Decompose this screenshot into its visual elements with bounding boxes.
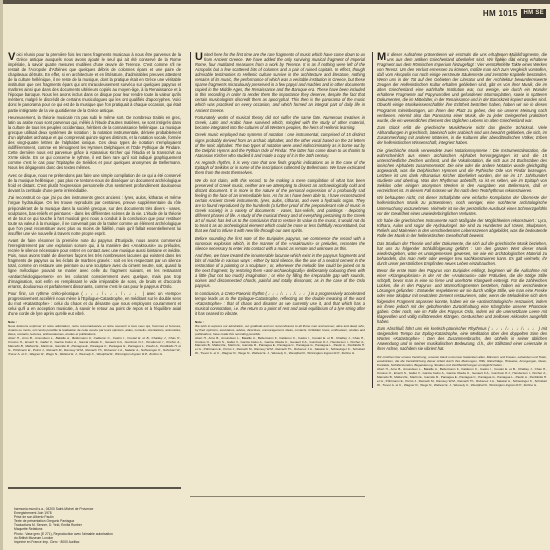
french-paragraph: Heureusement, la théorie musicale n'a pa…: [8, 115, 181, 171]
french-paragraph: Avant de faire résonner la première note…: [8, 238, 181, 288]
dropcap: U: [195, 53, 203, 62]
german-paragraph: Wir behaupten nicht, mit dieser Schallpl…: [377, 195, 547, 215]
top-edge: [0, 0, 550, 4]
acknowledgements: Abert H., Arno B., Amundsen L., Bataille…: [8, 337, 181, 357]
german-paragraph: Bevor die erste Note des Papyrus von Eur…: [377, 268, 547, 324]
english-paragraph: As regards rhythm, it is very rare that …: [195, 160, 365, 175]
acknowledgements: Abert H., Arno B., Amundsen L., Bataille…: [195, 337, 365, 357]
french-paragraph: Voici réunis pour la première fois les r…: [8, 52, 181, 113]
french-paragraph: Avec ce disque, nous ne prétendons pas f…: [8, 173, 181, 193]
german-note: Wir möchten hier unsere Verehrung, unser…: [377, 356, 547, 387]
french-paragraph: Pour finir, un rythme créto-péonique ( ♩…: [8, 291, 181, 316]
german-paragraph: Zum Abschluß führt uns ein kretisch-päon…: [377, 326, 547, 351]
german-paragraph: Die griechische Musik verwendete zwei No…: [377, 148, 547, 193]
french-column: Voici réunis pour la première fois les r…: [8, 52, 181, 356]
english-paragraph: We do not claim, with this record, to be…: [195, 178, 365, 234]
catalog-header: HM 1015 HM SE: [483, 9, 546, 18]
column-divider: [190, 496, 365, 497]
catalog-number: HM 1015: [483, 9, 518, 18]
german-paragraph: Ich habe die griechischen Instrumente na…: [377, 218, 547, 238]
french-note: Note : Nous désirons exprimer ici notre …: [8, 321, 181, 356]
english-paragraph: Before sounding the first note of the Eu…: [195, 236, 365, 251]
english-paragraph: United here for the first time are the r…: [195, 52, 365, 113]
dropcap: M: [377, 53, 386, 62]
english-note: Note : We wish to express our admiration…: [195, 321, 365, 356]
english-column: United here for the first time are the r…: [190, 52, 365, 356]
english-paragraph: Greek music employed two systems of nota…: [195, 132, 365, 157]
german-paragraph: Das Studium der Theorie und aller Dokume…: [377, 241, 547, 266]
acknowledgements: Abert H., Arno B., Amundsen L., Bataille…: [377, 368, 547, 388]
dropcap: V: [8, 53, 15, 62]
german-paragraph: Zum Glück erlitt die griechische Musikth…: [377, 125, 547, 145]
french-paragraph: J'ai reconstruit ce que j'ai pu des inst…: [8, 195, 181, 235]
english-paragraph: And then, we have treated the innumerabl…: [195, 253, 365, 288]
credits-block: harmonia mundi s.a., 04200 Saint-Michel …: [14, 507, 113, 544]
english-paragraph: Fortunately works of musical theory did …: [195, 115, 365, 130]
english-paragraph: In conclusion, a Creto-Paeonic rhythm ( …: [195, 291, 365, 316]
note-text: We wish to express our admiration, our g…: [195, 325, 365, 337]
credit-line: Imprimé en France Imp. Clerc · 8000 Auri…: [14, 540, 113, 544]
german-column: Mit dieser Aufnahme präsentieren wir ers…: [372, 52, 547, 388]
label-logo: HM SE: [521, 9, 546, 18]
german-paragraph: Mit dieser Aufnahme präsentieren wir ers…: [377, 52, 547, 123]
left-edge: [0, 0, 3, 550]
credits-divider: [8, 487, 181, 489]
